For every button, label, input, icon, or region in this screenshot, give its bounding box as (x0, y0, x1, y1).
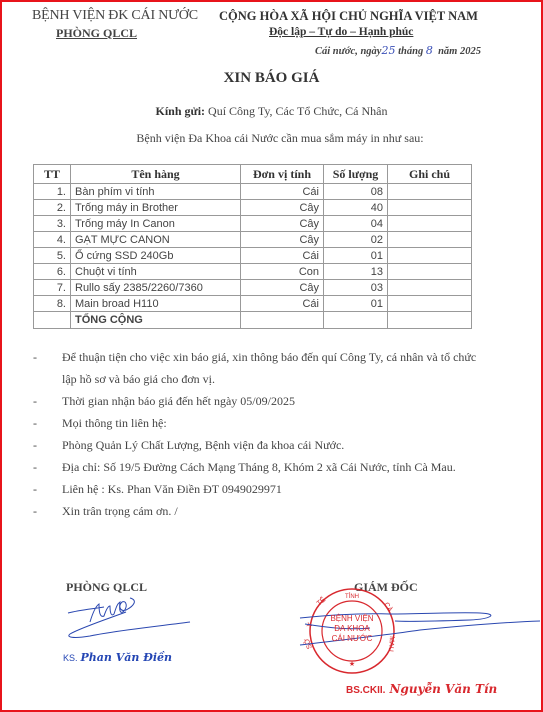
total-cell-name: TỔNG CỘNG (71, 312, 241, 329)
cell-qty: 13 (324, 264, 388, 280)
signature-right-title: GIÁM ĐỐC (354, 580, 418, 595)
cell-name: Bàn phím vi tính (71, 184, 241, 200)
cell-unit: Cái (241, 248, 324, 264)
cell-note (388, 184, 472, 200)
cell-qty: 01 (324, 248, 388, 264)
cell-note (388, 200, 472, 216)
notes-list: -Để thuận tiện cho việc xin báo giá, xin… (33, 346, 493, 522)
bullet-dash: - (33, 412, 37, 434)
col-header-name: Tên hàng (71, 165, 241, 184)
cell-note (388, 264, 472, 280)
cell-name: Trống máy In Canon (71, 216, 241, 232)
cell-note (388, 232, 472, 248)
stamp-line-1: BỆNH VIỆN (326, 614, 378, 624)
greeting: Kính gửi: Quí Công Ty, Các Tổ Chức, Cá N… (0, 104, 543, 119)
cell-unit: Cái (241, 184, 324, 200)
cell-qty: 40 (324, 200, 388, 216)
date-month-label: tháng (398, 46, 423, 57)
note-item: -Liên hệ : Ks. Phan Văn Điền ĐT 09490299… (33, 478, 493, 500)
cell-name: Chuột vi tính (71, 264, 241, 280)
cell-unit: Con (241, 264, 324, 280)
col-header-note: Ghi chú (388, 165, 472, 184)
cell-tt: 7. (34, 280, 71, 296)
cell-tt: 3. (34, 216, 71, 232)
cell-tt: 1. (34, 184, 71, 200)
bullet-dash: - (33, 390, 37, 412)
table-row: 1.Bàn phím vi tínhCái08 (34, 184, 472, 200)
note-item: -Địa chỉ: Số 19/5 Đường Cách Mạng Tháng … (33, 456, 493, 478)
cell-qty: 03 (324, 280, 388, 296)
note-text: Phòng Quản Lý Chất Lượng, Bệnh viện đa k… (62, 438, 344, 452)
signature-left-fullname: Phan Văn Điền (81, 651, 173, 664)
note-item: -Xin trân trọng cám ơn. / (33, 500, 493, 522)
table-row: 6.Chuột vi tínhCon13 (34, 264, 472, 280)
table-row: 7.Rullo sấy 2385/2260/7360Cây03 (34, 280, 472, 296)
col-header-tt: TT (34, 165, 71, 184)
bullet-dash: - (33, 346, 37, 368)
intro-text: Bệnh viện Đa Khoa cái Nước cần mua sắm m… (0, 131, 543, 146)
cell-unit: Cây (241, 200, 324, 216)
col-header-unit: Đơn vị tính (241, 165, 324, 184)
note-text: Xin trân trọng cám ơn. / (62, 504, 178, 518)
country-name: CỘNG HÒA XÃ HỘI CHỦ NGHĨA VIỆT NAM (219, 9, 478, 24)
cell-qty: 08 (324, 184, 388, 200)
cell-qty: 01 (324, 296, 388, 312)
total-cell-qty (324, 312, 388, 329)
items-table: TT Tên hàng Đơn vị tính Số lượng Ghi chú… (33, 164, 472, 329)
date-year: năm 2025 (438, 46, 481, 57)
bullet-dash: - (33, 500, 37, 522)
table-row: 2.Trống máy in BrotherCây40 (34, 200, 472, 216)
cell-name: Trống máy in Brother (71, 200, 241, 216)
date-month: 8 (426, 44, 433, 57)
table-total-row: TỔNG CỘNG (34, 312, 472, 329)
department-name: PHÒNG QLCL (56, 26, 137, 41)
cell-qty: 02 (324, 232, 388, 248)
total-cell-tt (34, 312, 71, 329)
cell-tt: 2. (34, 200, 71, 216)
bullet-dash: - (33, 456, 37, 478)
note-item: -Mọi thông tin liên hệ: (33, 412, 493, 434)
cell-unit: Cây (241, 280, 324, 296)
greeting-label: Kính gửi: (156, 104, 206, 118)
total-cell-unit (241, 312, 324, 329)
cell-tt: 5. (34, 248, 71, 264)
document-title: XIN BÁO GIÁ (0, 70, 543, 87)
cell-note (388, 280, 472, 296)
note-item: -Thời gian nhận báo giá đến hết ngày 05/… (33, 390, 493, 412)
signature-left-prefix: KS. (63, 653, 78, 663)
cell-note (388, 248, 472, 264)
cell-tt: 8. (34, 296, 71, 312)
total-cell-note (388, 312, 472, 329)
note-item: -Phòng Quản Lý Chất Lượng, Bệnh viện đa … (33, 434, 493, 456)
note-text: Thời gian nhận báo giá đến hết ngày 05/0… (62, 394, 295, 408)
table-header-row: TT Tên hàng Đơn vị tính Số lượng Ghi chú (34, 165, 472, 184)
cell-note (388, 296, 472, 312)
table-row: 3.Trống máy In CanonCây04 (34, 216, 472, 232)
greeting-recipients: Quí Công Ty, Các Tổ Chức, Cá Nhân (208, 104, 387, 118)
signature-left-name: KS. Phan Văn Điền (63, 650, 172, 665)
note-item: -Để thuận tiện cho việc xin báo giá, xin… (33, 346, 493, 390)
table-row: 4.GẠT MỰC CANONCây02 (34, 232, 472, 248)
signature-left-title: PHÒNG QLCL (66, 580, 147, 595)
cell-qty: 04 (324, 216, 388, 232)
cell-name: GẠT MỰC CANON (71, 232, 241, 248)
cell-name: Rullo sấy 2385/2260/7360 (71, 280, 241, 296)
document-date: Cái nước, ngày25 tháng 8 năm 2025 (315, 44, 481, 57)
cell-unit: Cái (241, 296, 324, 312)
signature-right-name: BS.CKII. Nguyễn Văn Tín (346, 680, 497, 698)
stamp-line-2: ĐA KHOA (326, 624, 378, 634)
signature-right-fullname: Nguyễn Văn Tín (389, 682, 497, 696)
cell-tt: 4. (34, 232, 71, 248)
org-name: BỆNH VIỆN ĐK CÁI NƯỚC (32, 8, 198, 24)
cell-tt: 6. (34, 264, 71, 280)
col-header-qty: Số lượng (324, 165, 388, 184)
date-place: Cái nước, ngày (315, 46, 381, 57)
cell-note (388, 216, 472, 232)
note-text: Để thuận tiện cho việc xin báo giá, xin … (62, 350, 476, 386)
table-row: 8.Main broad H110Cái01 (34, 296, 472, 312)
cell-name: Ổ cứng SSD 240Gb (71, 248, 241, 264)
stamp-line-3: CÁI NƯỚC (326, 634, 378, 644)
cell-unit: Cây (241, 216, 324, 232)
bullet-dash: - (33, 478, 37, 500)
note-text: Liên hệ : Ks. Phan Văn Điền ĐT 094902997… (62, 482, 282, 496)
cell-name: Main broad H110 (71, 296, 241, 312)
cell-unit: Cây (241, 232, 324, 248)
national-motto: Độc lập – Tự do – Hạnh phúc (269, 26, 413, 38)
bullet-dash: - (33, 434, 37, 456)
date-day: 25 (381, 44, 395, 57)
note-text: Địa chỉ: Số 19/5 Đường Cách Mạng Tháng 8… (62, 460, 456, 474)
note-text: Mọi thông tin liên hệ: (62, 416, 167, 430)
signature-right-prefix: BS.CKII. (346, 685, 385, 696)
stamp-center-text: BỆNH VIỆN ĐA KHOA CÁI NƯỚC (326, 614, 378, 644)
table-row: 5.Ổ cứng SSD 240GbCái01 (34, 248, 472, 264)
